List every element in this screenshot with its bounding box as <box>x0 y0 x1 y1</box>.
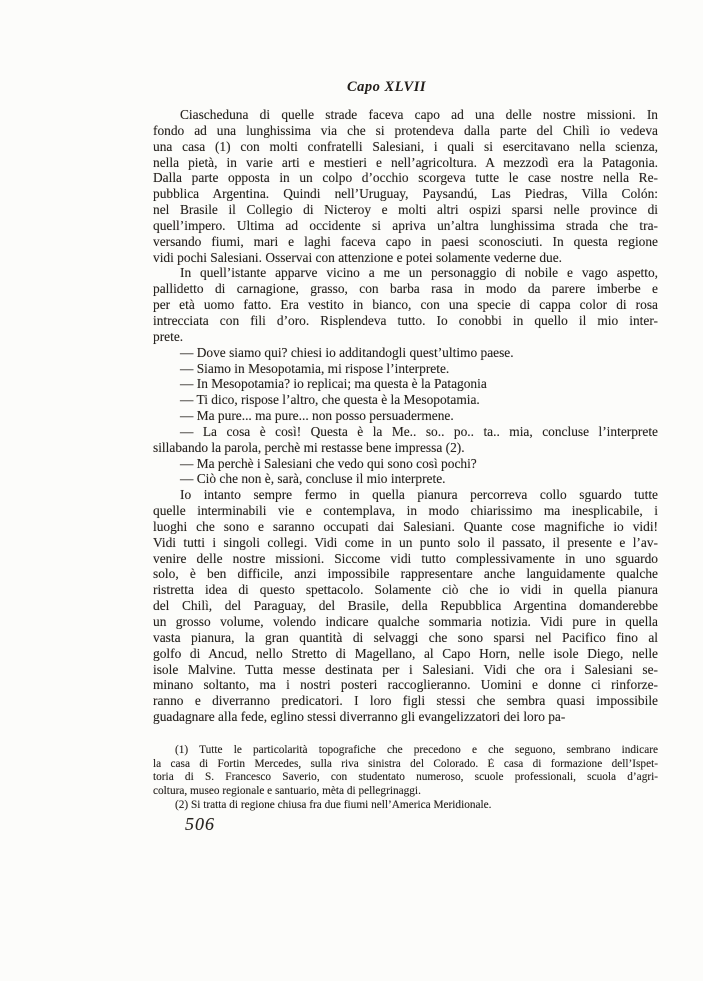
text-line: versando fiumi, mari e laghi faceva capo… <box>153 234 658 250</box>
paragraph: — Ciò che non è, sarà, concluse il mio i… <box>153 471 658 487</box>
text-line: pubblica Argentina. Quindi nell’Uruguay,… <box>153 186 658 202</box>
text-line: — La cosa è così! Questa è la Me.. so.. … <box>153 424 658 440</box>
text-line: (1) Tutte le particolarità topografiche … <box>153 744 658 758</box>
paragraph: Io intanto sempre fermo in quella pianur… <box>153 487 658 725</box>
text-line: una casa (1) con molti confratelli Sales… <box>153 139 658 155</box>
text-line: — Ti dico, rispose l’altro, che questa è… <box>153 392 658 408</box>
body-text: Ciascheduna di quelle strade faceva capo… <box>153 107 658 725</box>
text-line: Vidi tutti i singoli collegi. Vidi come … <box>153 535 658 551</box>
text-line: toria di S. Francesco Saverio, con stude… <box>153 771 658 785</box>
text-line: Dalla parte opposta in un colpo d’occhio… <box>153 170 658 186</box>
paragraph: — La cosa è così! Questa è la Me.. so.. … <box>153 424 658 456</box>
text-line: vidi pochi Salesiani. Osservai con atten… <box>153 250 658 266</box>
text-line: — Dove siamo qui? chiesi io additandogli… <box>153 345 658 361</box>
text-line: un grosso volume, volendo indicare qualc… <box>153 614 658 630</box>
text-line: solo, è ben difficile, anzi impossibile … <box>153 566 658 582</box>
book-page: Capo XLVII Ciascheduna di quelle strade … <box>0 0 703 981</box>
text-line: prete. <box>153 329 658 345</box>
footnotes: (1) Tutte le particolarità topografiche … <box>153 744 658 813</box>
paragraph: — Ti dico, rispose l’altro, che questa è… <box>153 392 658 408</box>
paragraph: (1) Tutte le particolarità topografiche … <box>153 744 658 799</box>
text-line: intrecciata con fili d’oro. Risplendeva … <box>153 313 658 329</box>
text-line: minano soltanto, ma i nostri posteri rac… <box>153 677 658 693</box>
paragraph: — Ma perchè i Salesiani che vedo qui son… <box>153 456 658 472</box>
text-line: (2) Si tratta di regione chiusa fra due … <box>153 799 658 813</box>
paragraph: — Siamo in Mesopotamia, mi rispose l’int… <box>153 361 658 377</box>
text-line: Ciascheduna di quelle strade faceva capo… <box>153 107 658 123</box>
text-line: quell’impero. Ultima ad occidente si apr… <box>153 218 658 234</box>
text-line: isole Malvine. Tutta messe destinata per… <box>153 662 658 678</box>
paragraph: In quell’istante apparve vicino a me un … <box>153 265 658 344</box>
text-line: — Ma perchè i Salesiani che vedo qui son… <box>153 456 658 472</box>
text-line: ranno e diverranno predicatori. I loro f… <box>153 693 658 709</box>
text-line: — Siamo in Mesopotamia, mi rispose l’int… <box>153 361 658 377</box>
text-line: Io intanto sempre fermo in quella pianur… <box>153 487 658 503</box>
text-line: golfo di Ancud, nello Stretto di Magella… <box>153 646 658 662</box>
text-line: — In Mesopotamia? io replicai; ma questa… <box>153 376 658 392</box>
page-number: 506 <box>185 814 215 835</box>
text-line: nella pietà, in varie arti e mestieri e … <box>153 155 658 171</box>
text-line: — Ma pure... ma pure... non posso persua… <box>153 408 658 424</box>
text-line: coltura, museo regionale e santuario, mè… <box>153 785 658 799</box>
text-line: In quell’istante apparve vicino a me un … <box>153 265 658 281</box>
text-line: pallidetto di carnagione, grasso, con ba… <box>153 281 658 297</box>
paragraph: (2) Si tratta di regione chiusa fra due … <box>153 799 658 813</box>
text-line: per età uomo fatto. Era vestito in bianc… <box>153 297 658 313</box>
paragraph: — In Mesopotamia? io replicai; ma questa… <box>153 376 658 392</box>
text-line: fondo ad una lunghissima via che si prot… <box>153 123 658 139</box>
paragraph: — Dove siamo qui? chiesi io additandogli… <box>153 345 658 361</box>
text-block: Capo XLVII Ciascheduna di quelle strade … <box>153 79 658 813</box>
text-line: la casa di Fortin Mercedes, sulla riva s… <box>153 758 658 772</box>
text-line: — Ciò che non è, sarà, concluse il mio i… <box>153 471 658 487</box>
text-line: guadagnare alla fede, eglino stessi dive… <box>153 709 658 725</box>
text-line: luoghi che sono e saranno occupati dai S… <box>153 519 658 535</box>
text-line: vasta pianura, la gran quantità di selva… <box>153 630 658 646</box>
text-line: del Chilì, del Paraguay, del Brasile, de… <box>153 598 658 614</box>
text-line: venire delle nostre missioni. Siccome vi… <box>153 551 658 567</box>
paragraph: Ciascheduna di quelle strade faceva capo… <box>153 107 658 265</box>
text-line: sillabando la parola, perchè mi restasse… <box>153 440 658 456</box>
text-line: ristretta idea di questo spettacolo. Sol… <box>153 582 658 598</box>
paragraph: — Ma pure... ma pure... non posso persua… <box>153 408 658 424</box>
text-line: nel Brasile il Collegio di Nicteroy e mo… <box>153 202 658 218</box>
text-line: quelle interminabili vie e contemplava, … <box>153 503 658 519</box>
chapter-heading: Capo XLVII <box>134 79 639 95</box>
